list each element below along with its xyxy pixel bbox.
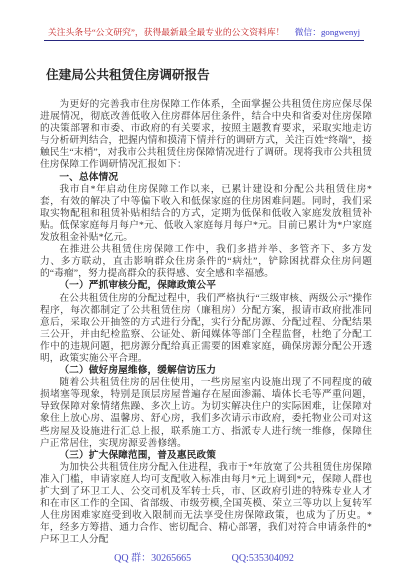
paragraph-overview-2: 在推进公共租赁住房保障工作中，我们多措并举、多管齐下、多方发力、多方联动，直击影… [40,244,372,280]
page-footer: QQ 群：30265665 QQ:535304092 [0,549,408,564]
paragraph-overview-1: 我市自*年启动住房保障工作以来，已累计建设和分配公共租赁住房*套，有效的解决了中… [40,184,372,244]
subsection-heading-2: （二）做好房屋维修，缓解信访压力 [40,365,372,377]
subsection-heading-3: （三）扩大保障范围，普及惠民政策 [40,450,372,462]
wechat-contact-text: 微信：gongwenyj [295,27,360,37]
subsection-heading-1: （一）严抓审核分配，保障政策公平 [40,280,372,292]
section-heading-overview: 一、总体情况 [40,172,372,184]
paragraph-subsection-3: 为加快公共租赁住房分配入住进程，我市于*年放宽了公共租赁住房保障准入门槛，申请家… [40,462,372,547]
qq-group-text: QQ 群：30265665 [114,553,191,564]
document-body: 为更好的完善我市住房保障工作体系，全面掌握公共租赁住房应保尽保进展情况，彻底改善… [40,99,372,546]
page-header: 关注头条号“公文研究”，获得最新最全最专业的公文资料库！ 微信：gongweny… [0,27,408,41]
paragraph-intro: 为更好的完善我市住房保障工作体系，全面掌握公共租赁住房应保尽保进展情况，彻底改善… [40,99,372,172]
document-content: 住建局公共租赁住房调研报告 为更好的完善我市住房保障工作体系，全面掌握公共租赁住… [40,56,372,546]
document-page: 关注头条号“公文研究”，获得最新最全最专业的公文资料库！ 微信：gongweny… [0,0,408,580]
qq-number-text: QQ:535304092 [232,553,294,564]
paragraph-subsection-1: 在公共租赁住房的分配过程中，我们严格执行“三级审核、两级公示”操作程序，每次都制… [40,293,372,366]
header-promo-line: 关注头条号“公文研究”，获得最新最全最专业的公文资料库！ 微信：gongweny… [44,27,364,41]
paragraph-subsection-2: 随着公共租赁住房的居住使用，一些房屋室内设施出现了不同程度的破损堵塞等现象，特别… [40,377,372,450]
promo-text: 关注头条号“公文研究”，获得最新最全最专业的公文资料库！ [48,27,285,37]
document-title: 住建局公共租赁住房调研报告 [46,64,372,83]
